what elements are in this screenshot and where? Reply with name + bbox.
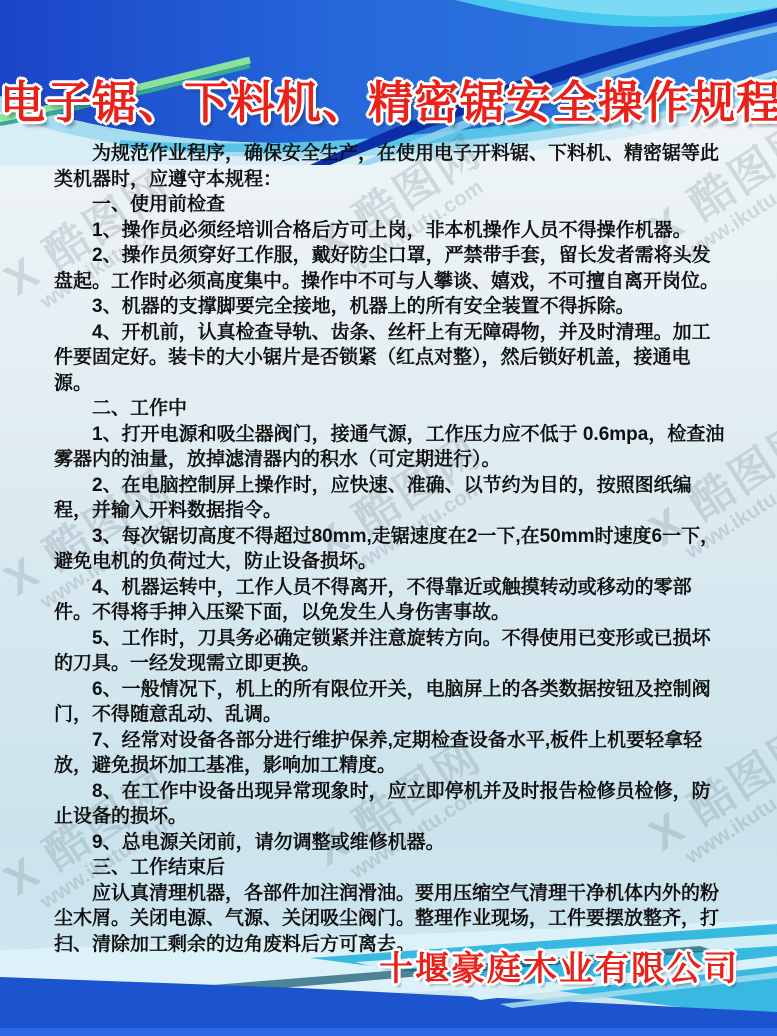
section-2-item: 4、机器运转中，工作人员不得离开，不得靠近或触摸转动或移动的零部件。不得将手抻入…: [54, 575, 726, 626]
section-3-heading: 三、工作结束后: [54, 855, 726, 881]
section-2-item: 9、总电源关闭前，请勿调整或维修机器。: [54, 830, 726, 856]
section-1-item: 4、开机前，认真检查导轨、齿条、丝杆上有无障碍物，并及时清理。加工件要固定好。装…: [54, 320, 726, 397]
section-2-item: 2、在电脑控制屏上操作时，应快速、准确、以节约为目的，按照图纸编程，并输入开料数…: [54, 473, 726, 524]
company-name: 十堰豪庭木业有限公司: [379, 941, 739, 990]
safety-procedure-poster: 电子锯、下料机、精密锯安全操作规程 为规范作业程序，确保安全生产，在使用电子开料…: [0, 0, 777, 1036]
section-2-item: 7、经常对设备各部分进行维护保养,定期检查设备水平,板件上机要轻拿轻放，避免损坏…: [54, 728, 726, 779]
section-2-item: 6、一般情况下，机上的所有限位开关，电脑屏上的各类数据按钮及控制阀门，不得随意乱…: [54, 677, 726, 728]
section-2-item: 1、打开电源和吸尘器阀门，接通气源，工作压力应不低于 0.6mpa，检查油雾器内…: [54, 422, 726, 473]
intro-paragraph: 为规范作业程序，确保安全生产，在使用电子开料锯、下料机、精密锯等此类机器时，应遵…: [54, 141, 726, 192]
section-1-item: 2、操作员须穿好工作服，戴好防尘口罩，严禁带手套，留长发者需将头发盘起。工作时必…: [54, 243, 726, 294]
section-1-heading: 一、使用前检查: [54, 192, 726, 218]
procedure-text: 为规范作业程序，确保安全生产，在使用电子开料锯、下料机、精密锯等此类机器时，应遵…: [54, 141, 726, 957]
section-2-item: 8、在工作中设备出现异常现象时，应立即停机并及时报告检修员检修，防止设备的损坏。: [54, 779, 726, 830]
section-1-item: 1、操作员必须经培训合格后方可上岗，非本机操作人员不得操作机器。: [54, 218, 726, 244]
section-2-item: 5、工作时，刀具务必确定锁紧并注意旋转方向。不得使用已变形或已损坏的刀具。一经发…: [54, 626, 726, 677]
section-2-heading: 二、工作中: [54, 396, 726, 422]
section-2-item: 3、每次锯切高度不得超过80mm,走锯速度在2一下,在50mm时速度6一下，避免…: [54, 524, 726, 575]
poster-title: 电子锯、下料机、精密锯安全操作规程: [0, 66, 777, 131]
section-1-item: 3、机器的支撑脚要完全接地，机器上的所有安全装置不得拆除。: [54, 294, 726, 320]
